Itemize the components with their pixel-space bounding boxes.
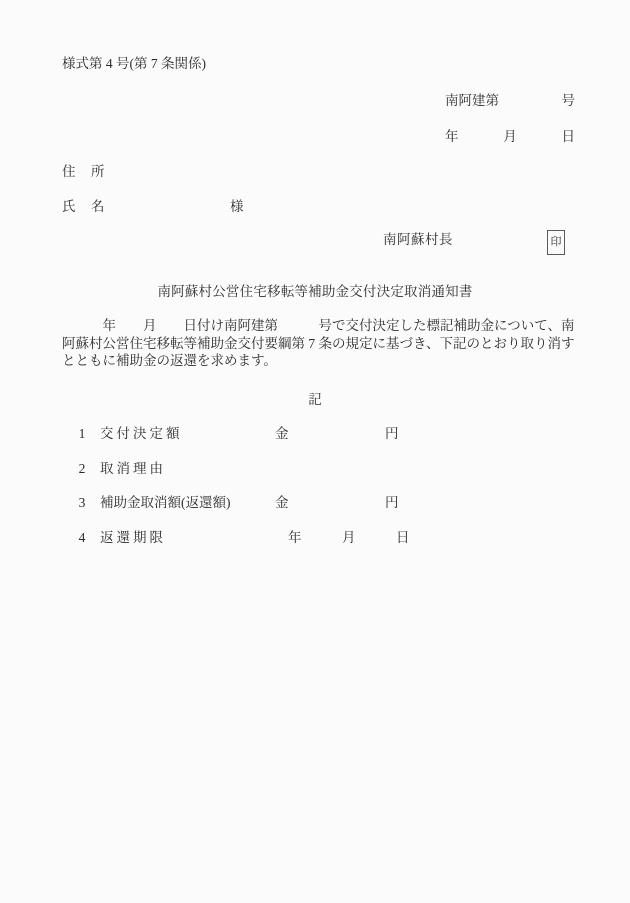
doc-number-suffix: 号 [562, 93, 576, 110]
item-2-number: 2 [75, 461, 89, 478]
seal-box: 印 [547, 230, 565, 255]
honorific-label: 様 [230, 199, 244, 216]
item-1-number: 1 [75, 426, 89, 443]
item-1-label: 交付決定額 [100, 426, 183, 443]
item-3-number: 3 [75, 495, 89, 512]
item-4-number: 4 [75, 530, 89, 547]
sender-title: 南阿蘇村長 [383, 232, 453, 249]
form-number: 様式第 4 号(第 7 条関係) [62, 56, 206, 73]
body-line: 年 月 日付け南阿建第 号で交付決定した標記補助金について、南 [62, 317, 576, 335]
item-4-month-label: 月 [342, 530, 356, 547]
item-3-label: 補助金取消額(返還額) [100, 495, 231, 512]
item-1-amount-prefix: 金 [275, 426, 289, 443]
doc-number-line: 南阿建第 号 [445, 93, 575, 110]
date-day-label: 日 [562, 129, 576, 146]
body-line: とともに補助金の返還を求めます。 [62, 352, 576, 370]
document-page: 様式第 4 号(第 7 条関係) 南阿建第 号 年 月 日 住 所 氏 名 様 … [0, 0, 630, 903]
doc-number-prefix: 南阿建第 [445, 93, 499, 110]
name-label: 氏 名 [62, 199, 106, 216]
date-line: 年 月 日 [445, 129, 575, 146]
item-4-day-label: 日 [396, 530, 410, 547]
date-month-label: 月 [503, 129, 517, 146]
address-label: 住 所 [62, 164, 106, 181]
document-title: 南阿蘇村公営住宅移転等補助金交付決定取消通知書 [0, 284, 630, 301]
item-3-amount-prefix: 金 [275, 495, 289, 512]
date-year-label: 年 [445, 129, 459, 146]
item-3-amount-suffix: 円 [385, 495, 399, 512]
ki-heading: 記 [0, 392, 630, 409]
item-4-label: 返還期限 [100, 530, 166, 547]
item-1-amount-suffix: 円 [385, 426, 399, 443]
body-line: 阿蘇村公営住宅移転等補助金交付要綱第 7 条の規定に基づき、下記のとおり取り消す [62, 335, 576, 353]
item-4-year-label: 年 [288, 530, 302, 547]
body-paragraph: 年 月 日付け南阿建第 号で交付決定した標記補助金について、南 阿蘇村公営住宅移… [62, 317, 576, 370]
item-2-label: 取消理由 [100, 461, 166, 478]
